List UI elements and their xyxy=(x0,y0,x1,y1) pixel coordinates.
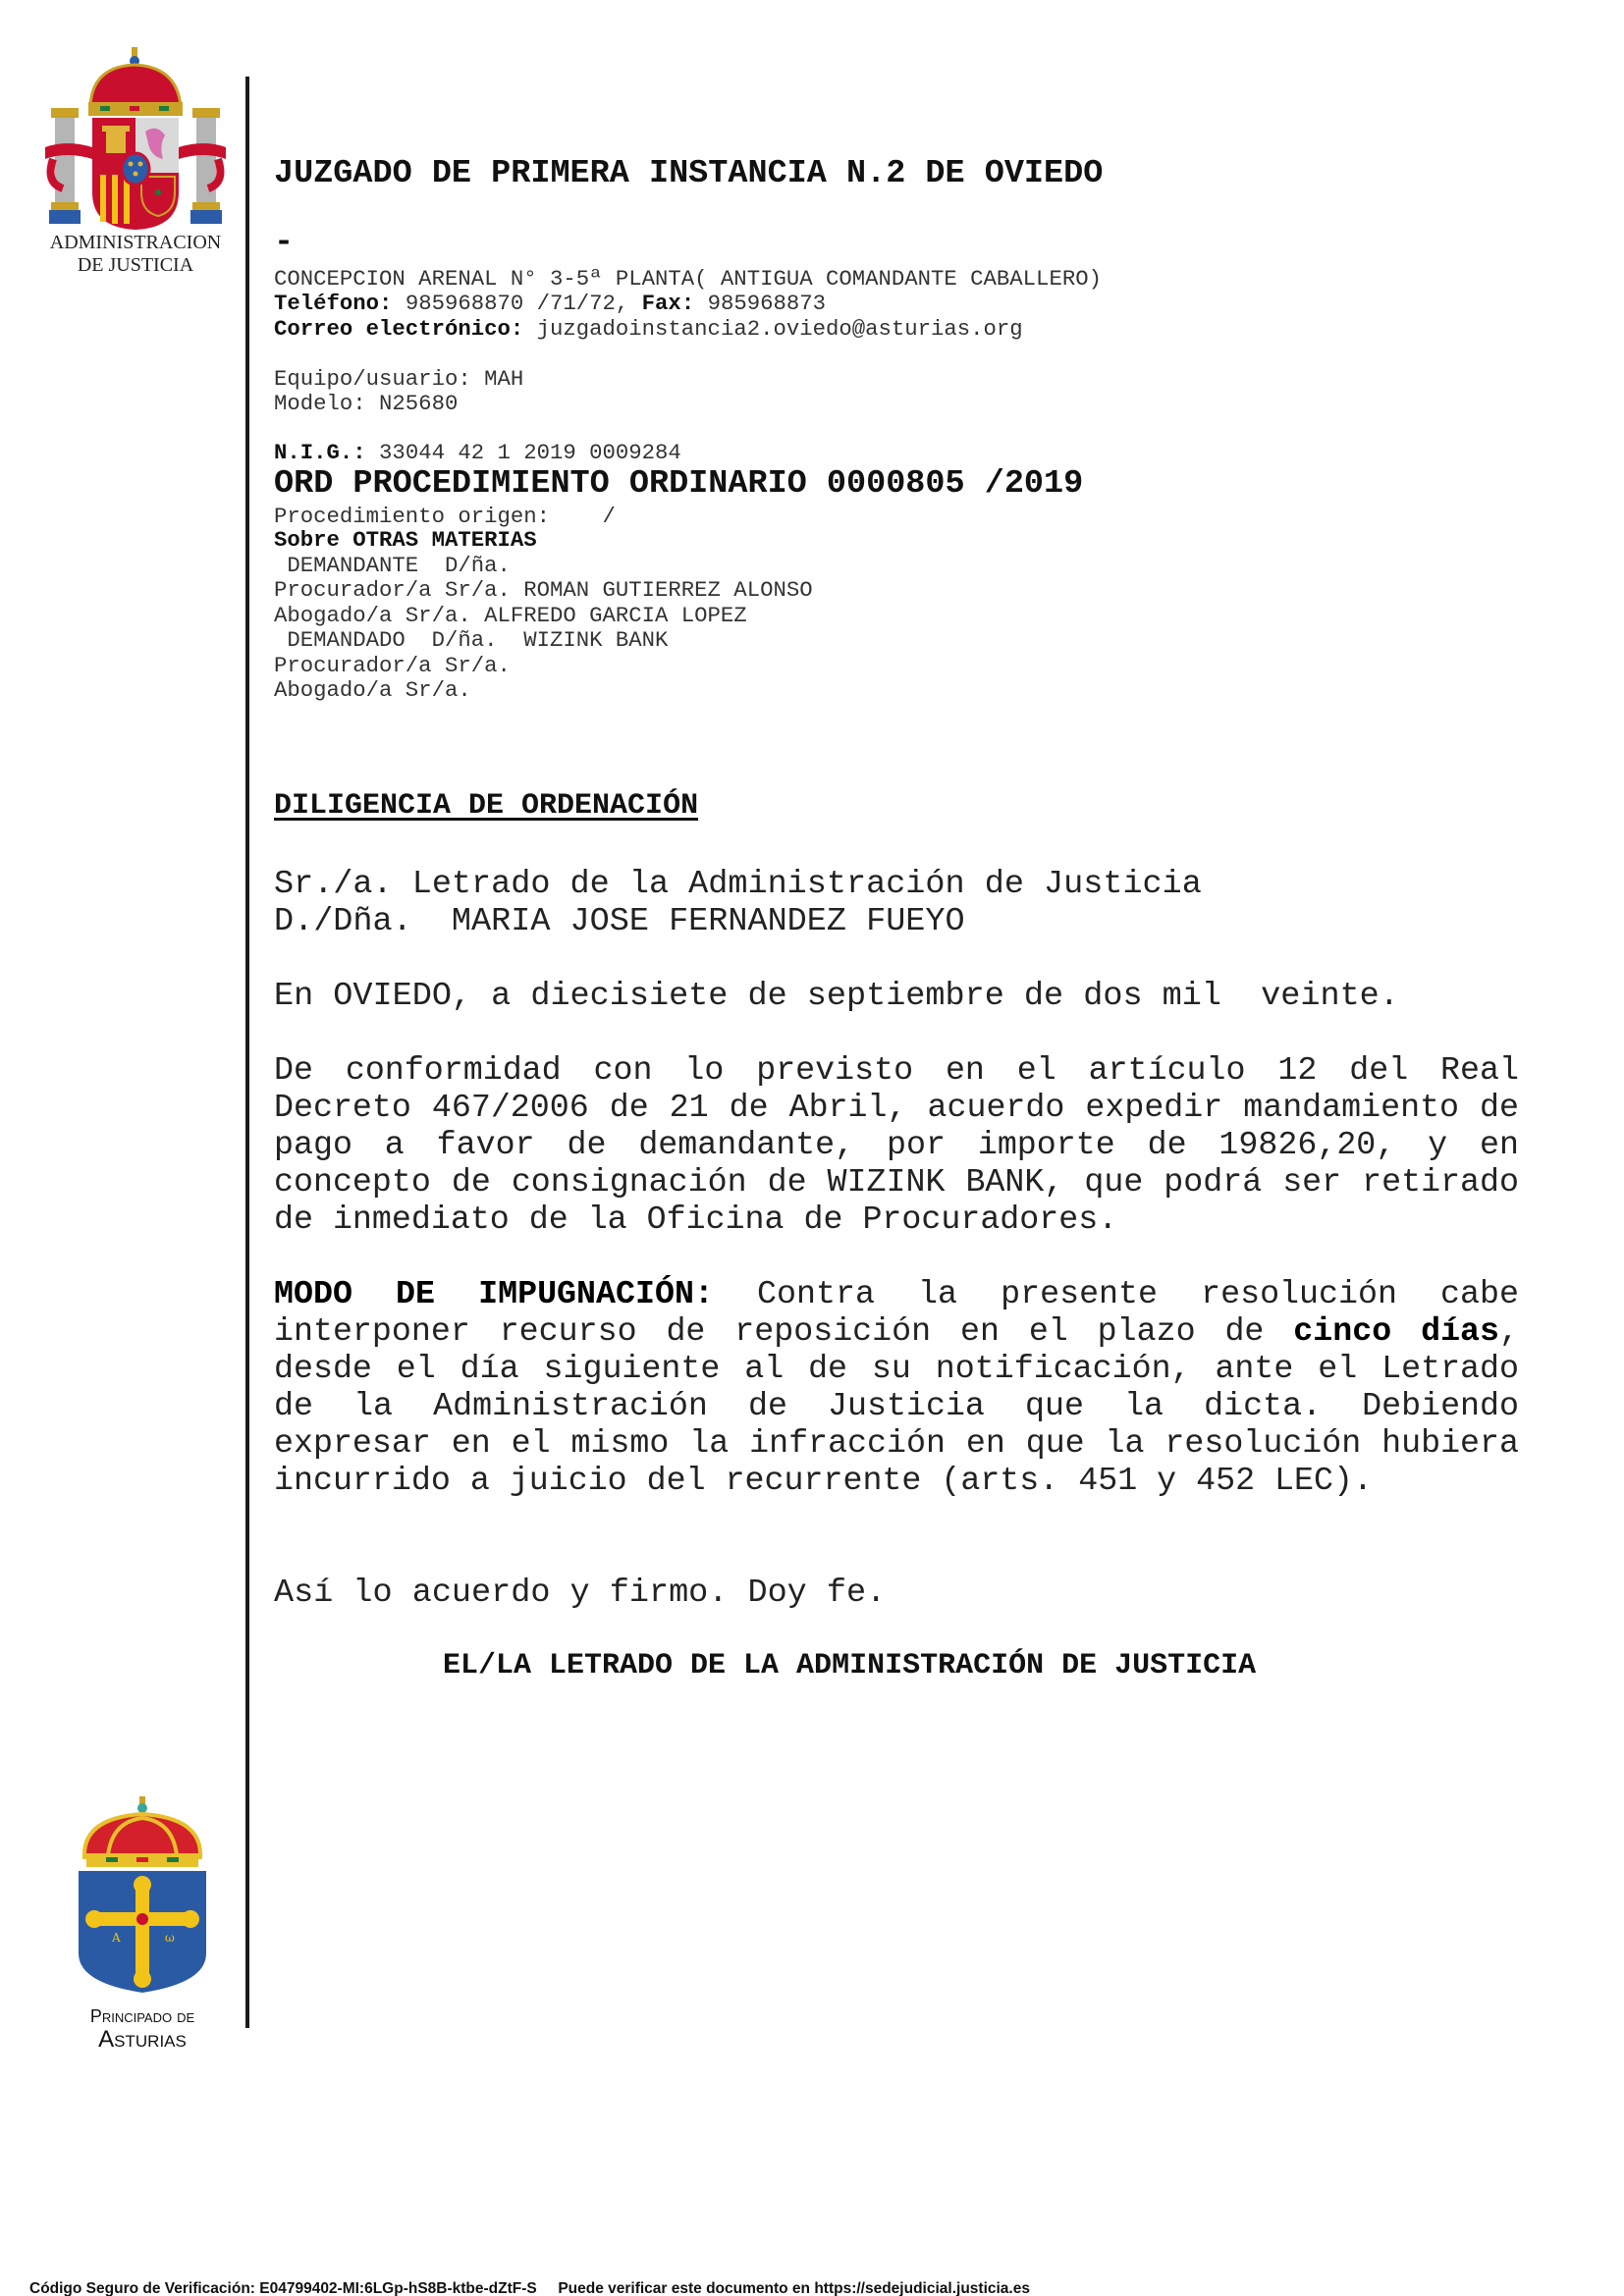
payment-order-paragraph: De conformidad con lo previsto en el art… xyxy=(274,1051,1519,1238)
fax-value: 985968873 xyxy=(694,291,826,316)
verification-footer: Código Seguro de Verificación: E04799402… xyxy=(29,2280,1030,2296)
court-email-line: Correo electrónico: juzgadoinstancia2.ov… xyxy=(274,317,1023,343)
court-phone-line: Teléfono: 985968870 /71/72, Fax: 9859688… xyxy=(274,292,826,317)
court-address: CONCEPCION ARENAL N° 3-5ª PLANTA( ANTIGU… xyxy=(274,267,1102,293)
email-label: Correo electrónico: xyxy=(274,316,523,342)
signature-block: EL/LA LETRADO DE LA ADMINISTRACIÓN DE JU… xyxy=(443,1649,1256,1682)
verification-url-note: Puede verificar este documento en https:… xyxy=(558,2280,1030,2296)
model-code: Modelo: N25680 xyxy=(274,392,458,417)
closing-statement: Así lo acuerdo y firmo. Doy fe. xyxy=(274,1575,886,1612)
party-line: Procurador/a Sr/a. xyxy=(274,654,511,679)
nig-value: 33044 42 1 2019 0009284 xyxy=(366,440,681,465)
phone-value: 985968870 /71/72, xyxy=(392,291,641,316)
administracion-justicia-logo: ADMINISTRACION DE JUSTICIA xyxy=(43,45,228,287)
logo-caption-line2: DE JUSTICIA xyxy=(43,254,228,277)
team-user: Equipo/usuario: MAH xyxy=(274,367,523,393)
place-date: En OVIEDO, a diecisiete de septiembre de… xyxy=(274,978,1399,1015)
verification-code: Código Seguro de Verificación: E04799402… xyxy=(29,2280,537,2296)
svg-text:A: A xyxy=(111,1931,121,1945)
margin-rule xyxy=(245,77,249,2028)
court-name: JUZGADO DE PRIMERA INSTANCIA N.2 DE OVIE… xyxy=(274,155,1103,192)
nig-label: N.I.G.: xyxy=(274,440,366,465)
section-title: DILIGENCIA DE ORDENACIÓN xyxy=(274,789,698,823)
principado-asturias-logo: A ω Principado de Asturias xyxy=(69,1796,216,2071)
origin-procedure: Procedimiento origen: / xyxy=(274,505,616,530)
official-name: D./Dña. MARIA JOSE FERNANDEZ FUEYO xyxy=(274,903,965,940)
party-line: DEMANDANTE D/ña. xyxy=(274,554,511,579)
header-dash: - xyxy=(274,224,294,261)
spain-coat-of-arms-icon xyxy=(43,45,228,232)
impugnation-label: MODO DE IMPUGNACIÓN: xyxy=(274,1275,714,1312)
party-line: Abogado/a Sr/a. xyxy=(274,678,471,704)
party-line: Abogado/a Sr/a. ALFREDO GARCIA LOPEZ xyxy=(274,604,747,629)
impugnation-paragraph: MODO DE IMPUGNACIÓN: Contra la presente … xyxy=(274,1275,1519,1499)
email-value: juzgadoinstancia2.oviedo@asturias.org xyxy=(523,316,1022,342)
party-line: Procurador/a Sr/a. ROMAN GUTIERREZ ALONS… xyxy=(274,578,813,604)
nig-line: N.I.G.: 33044 42 1 2019 0009284 xyxy=(274,441,681,466)
procedure-number: ORD PROCEDIMIENTO ORDINARIO 0000805 /201… xyxy=(274,465,1083,503)
logo-caption-line1: ADMINISTRACION xyxy=(43,232,228,254)
party-line: DEMANDADO D/ña. WIZINK BANK xyxy=(274,628,668,654)
asturias-coat-of-arms-icon: A ω xyxy=(69,1796,216,1993)
case-subject: Sobre OTRAS MATERIAS xyxy=(274,528,537,554)
logo-caption-line1: Principado de xyxy=(69,2006,216,2027)
logo-caption-line2: Asturias xyxy=(69,2026,216,2054)
official-title: Sr./a. Letrado de la Administración de J… xyxy=(274,866,1202,903)
deadline-emphasis: cinco días xyxy=(1293,1312,1499,1350)
phone-label: Teléfono: xyxy=(274,291,392,316)
fax-label: Fax: xyxy=(642,291,695,316)
svg-text:ω: ω xyxy=(165,1931,175,1945)
